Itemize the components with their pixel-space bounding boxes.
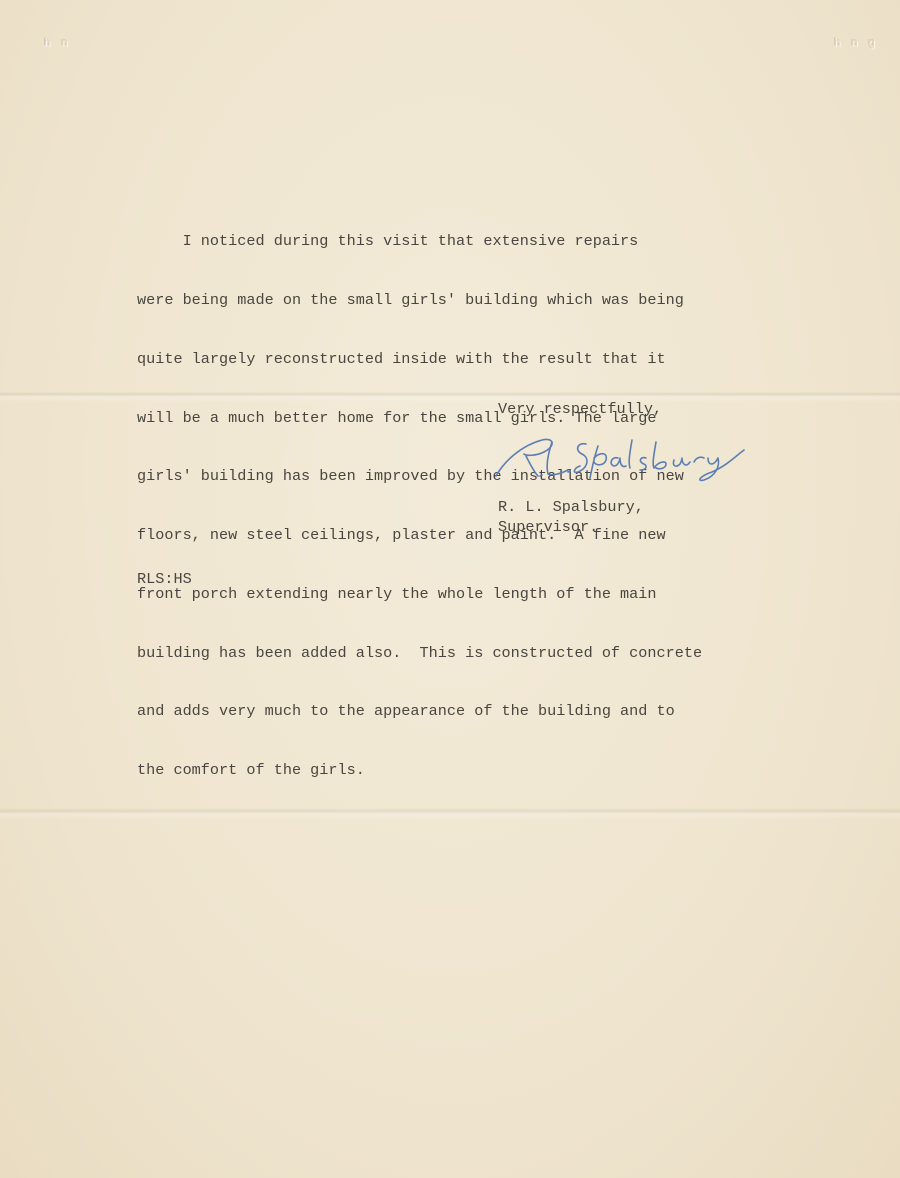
handwritten-signature-icon bbox=[490, 432, 770, 484]
letter-body: I noticed during this visit that extensi… bbox=[137, 193, 857, 800]
body-line: were being made on the small girls' buil… bbox=[137, 291, 857, 311]
body-line: will be a much better home for the small… bbox=[137, 409, 857, 429]
reference-initials: RLS:HS bbox=[137, 570, 192, 588]
body-line: quite largely reconstructed inside with … bbox=[137, 350, 857, 370]
body-line: building has been added also. This is co… bbox=[137, 644, 857, 664]
closing-salutation: Very respectfully, bbox=[498, 400, 662, 418]
embossed-mark-right: h n g bbox=[834, 38, 877, 50]
body-line: the comfort of the girls. bbox=[137, 761, 857, 781]
body-line: floors, new steel ceilings, plaster and … bbox=[137, 526, 857, 546]
body-line: front porch extending nearly the whole l… bbox=[137, 585, 857, 605]
embossed-mark-left: h n bbox=[44, 38, 70, 50]
signer-name: R. L. Spalsbury, bbox=[498, 498, 644, 518]
signer-block: R. L. Spalsbury, Supervisor. bbox=[498, 498, 644, 537]
body-line: I noticed during this visit that extensi… bbox=[137, 232, 857, 252]
body-line: and adds very much to the appearance of … bbox=[137, 702, 857, 722]
signer-title: Supervisor. bbox=[498, 518, 644, 538]
